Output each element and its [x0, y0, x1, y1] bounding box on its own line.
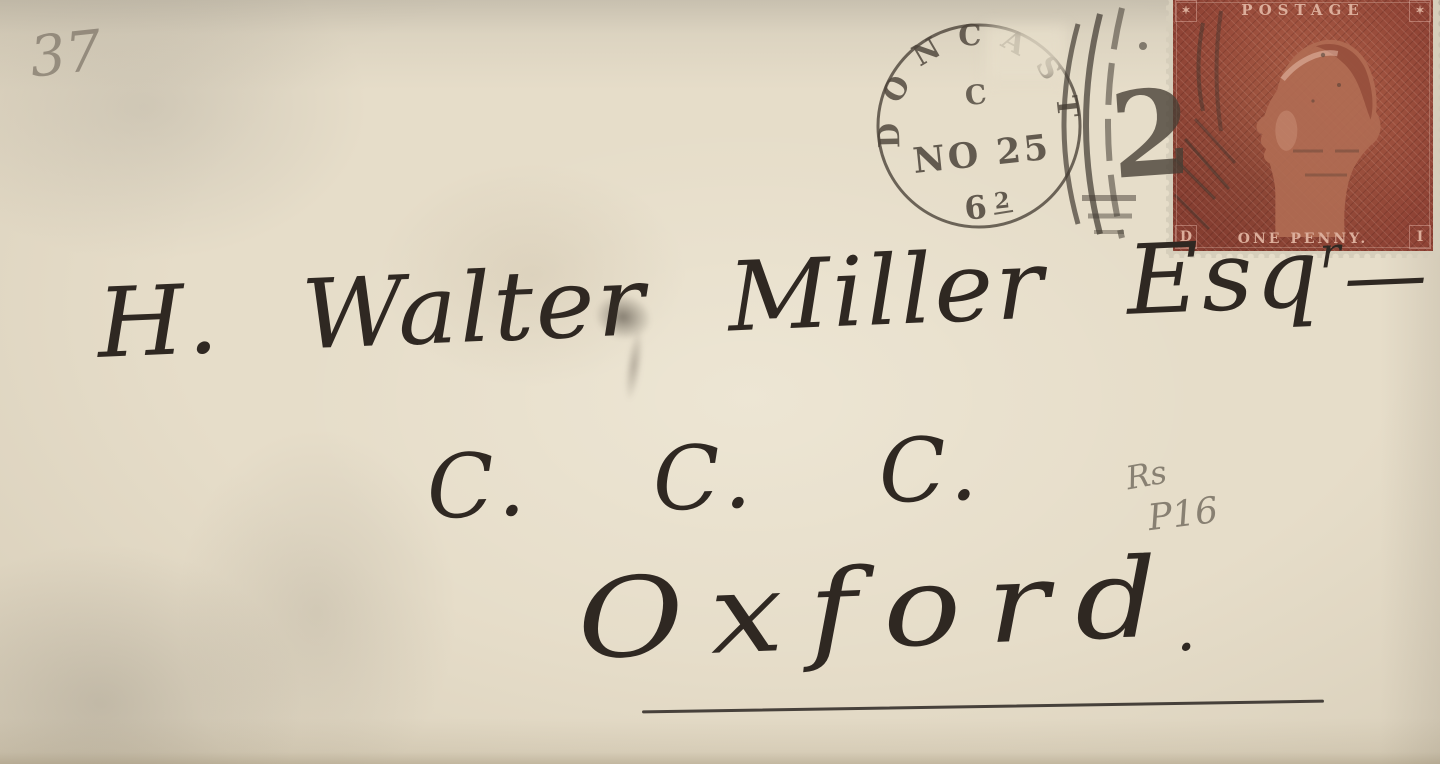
pencil-note-line1: Rs	[1123, 453, 1169, 497]
address-line-college: C. C. C.	[425, 417, 985, 539]
datestamp-year: 6	[962, 188, 988, 228]
cancel-strokes	[1175, 11, 1359, 229]
city-period: .	[1176, 592, 1196, 666]
oxford-underline	[642, 700, 1324, 714]
pencil-note-line2: P16	[1146, 490, 1221, 539]
pencil-corner-number: 37	[27, 18, 105, 90]
datestamp-year-small: 2	[993, 187, 1011, 214]
killer-dot	[1139, 42, 1147, 50]
cancel-specks	[1311, 53, 1341, 103]
penny-red-stamp: ✶ POSTAGE ✶ D ONE PENNY. I	[1166, 0, 1440, 258]
barred-numeral-cancel: 2	[1048, 6, 1183, 241]
stamp-printed-design: ✶ POSTAGE ✶ D ONE PENNY. I	[1173, 0, 1433, 251]
recipient-name: H. Walter Miller Esq	[95, 217, 1323, 380]
envelope: 37 DONCASTER C NO 25 6 2 ✶ POSTAGE ✶ D O…	[0, 0, 1440, 764]
ink-smudge	[590, 288, 656, 345]
datestamp-date: NO 25	[911, 127, 1053, 182]
cancel-ink-on-stamp	[1173, 0, 1433, 251]
killer-numeral: 2	[1106, 61, 1183, 205]
address-line-city: Oxford	[575, 533, 1186, 684]
datestamp-index-letter: C	[964, 79, 989, 112]
